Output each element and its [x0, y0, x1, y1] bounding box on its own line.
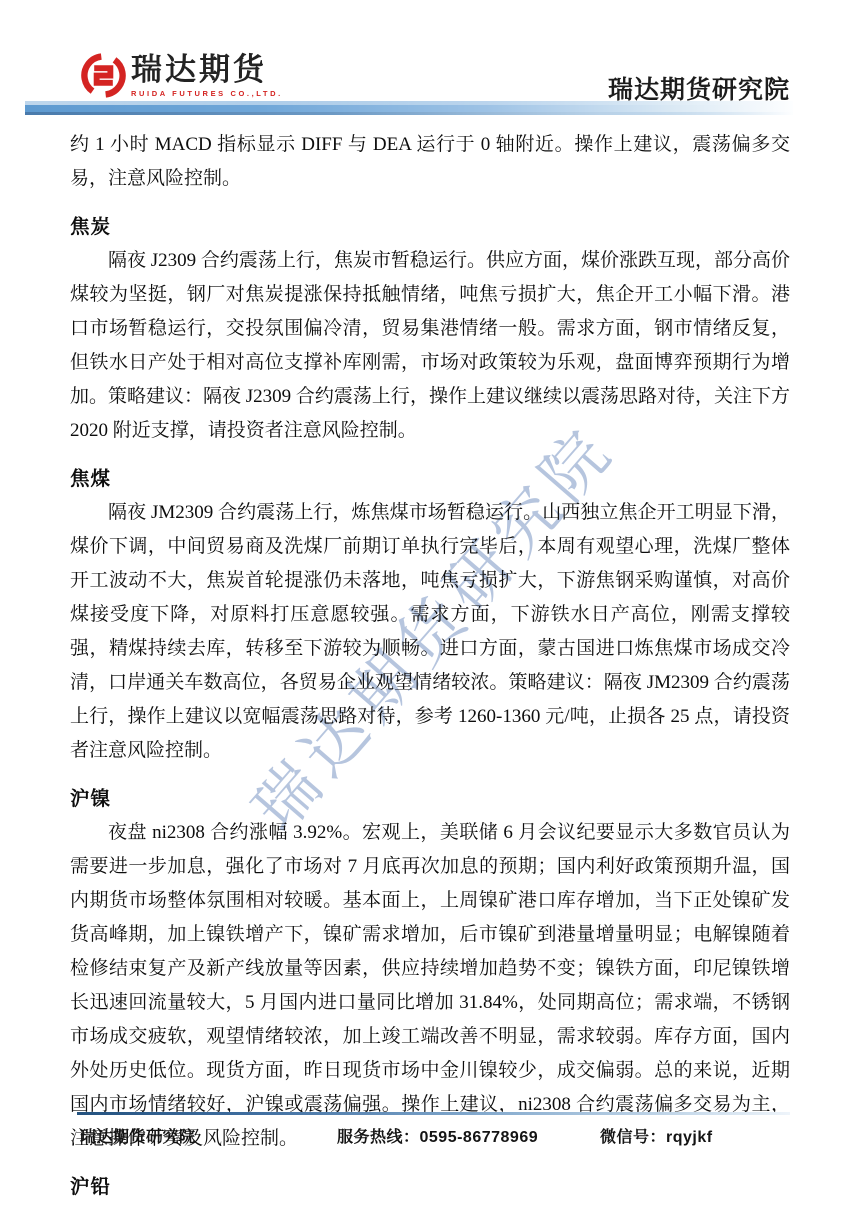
logo-text-block: 瑞达期货 RUIDA FUTURES CO.,LTD. — [131, 52, 283, 98]
report-body: 约 1 小时 MACD 指标显示 DIFF 与 DEA 运行于 0 轴附近。操作… — [70, 128, 790, 1204]
footer-institute: 瑞达期货研究院 — [80, 1124, 196, 1147]
heading-coking-coal: 焦煤 — [70, 462, 790, 496]
heading-shanghai-nickel: 沪镍 — [70, 782, 790, 816]
paragraph-coke: 隔夜 J2309 合约震荡上行，焦炭市暂稳运行。供应方面，煤价涨跌互现，部分高价… — [70, 244, 790, 448]
header-institute-title: 瑞达期货研究院 — [608, 70, 790, 106]
footer-divider — [77, 1112, 790, 1115]
footer-wechat: 微信号：rqyjkf — [600, 1124, 713, 1147]
logo-cn-text: 瑞达期货 — [131, 52, 283, 88]
heading-coke: 焦炭 — [70, 210, 790, 244]
report-page: 瑞达期货 RUIDA FUTURES CO.,LTD. 瑞达期货研究院 瑞达期货… — [0, 0, 860, 1217]
ruida-logo-icon — [80, 52, 127, 99]
heading-shanghai-lead: 沪铅 — [70, 1170, 790, 1204]
paragraph-coking-coal: 隔夜 JM2309 合约震荡上行，炼焦煤市场暂稳运行。山西独立焦企开工明显下滑，… — [70, 496, 790, 768]
company-logo: 瑞达期货 RUIDA FUTURES CO.,LTD. — [80, 52, 283, 99]
paragraph-shanghai-nickel: 夜盘 ni2308 合约涨幅 3.92%。宏观上，美联储 6 月会议纪要显示大多… — [70, 816, 790, 1156]
intro-paragraph: 约 1 小时 MACD 指标显示 DIFF 与 DEA 运行于 0 轴附近。操作… — [70, 128, 790, 196]
footer-hotline: 服务热线：0595-86778969 — [337, 1124, 538, 1147]
logo-en-text: RUIDA FUTURES CO.,LTD. — [131, 89, 283, 98]
